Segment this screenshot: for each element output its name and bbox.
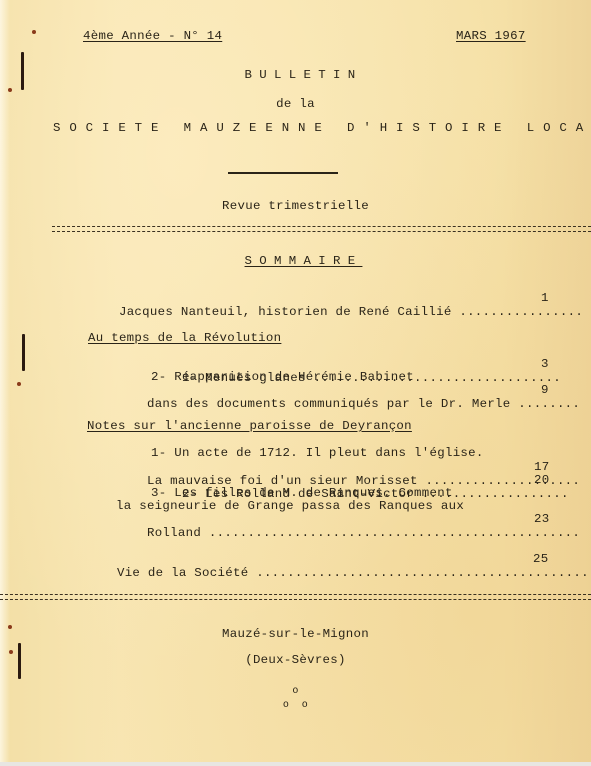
toc-entry-title: la seigneurie de Grange passa des Ranque… (116, 499, 464, 513)
footer-region: (Deux-Sèvres) (0, 653, 591, 667)
toc-entry-title: Rolland (147, 526, 201, 540)
rust-spot (32, 30, 36, 34)
toc-page-number: 17 (534, 460, 549, 474)
subtitle: Revue trimestrielle (0, 199, 591, 213)
toc-leader-dots: ........ (511, 397, 581, 411)
issue-number: 4ème Année - N° 14 (83, 29, 222, 43)
double-rule-top (52, 226, 591, 232)
title-rule (228, 172, 338, 174)
toc-entry-title: 3- Les filles de M. de Ranques. Comment (151, 486, 453, 500)
toc-entry: Jacques Nanteuil, historien de René Cail… (88, 291, 583, 333)
staple-middle (22, 334, 25, 371)
toc-entry-title: Jacques Nanteuil, historien de René Cail… (119, 305, 452, 319)
toc-page-number: 1 (541, 291, 549, 305)
toc-leader-dots: ................ (452, 305, 584, 319)
sommaire-heading: SOMMAIRE (0, 254, 591, 268)
toc-page-number: 23 (534, 512, 549, 526)
rust-spot (17, 382, 21, 386)
toc-page-number: 3 (541, 357, 549, 371)
toc-leader-dots: ........................................… (201, 526, 580, 540)
double-rule-bottom (0, 594, 591, 600)
toc-leader-dots: ........................................… (248, 566, 588, 580)
title-bulletin: BULLETIN (0, 68, 591, 82)
issue-date: MARS 1967 (456, 29, 526, 43)
toc-section-heading: Au temps de la Révolution (88, 331, 281, 345)
toc-page-number: 25 (533, 552, 548, 566)
ornament-bottom: o o (0, 700, 591, 711)
bulletin-cover-page: 4ème Année - N° 14 MARS 1967 BULLETIN de… (0, 0, 591, 766)
toc-section-heading: Notes sur l'ancienne paroisse de Deyranç… (87, 419, 412, 433)
toc-entry-title: dans des documents communiqués par le Dr… (147, 397, 511, 411)
toc-page-number: 9 (541, 383, 549, 397)
toc-entry-title: 1- Un acte de 1712. Il pleut dans l'égli… (151, 446, 484, 460)
footer-place: Mauzé-sur-le-Mignon (0, 627, 591, 641)
title-society: SOCIETE MAUZEENNE D'HISTOIRE LOCALE (53, 121, 591, 135)
toc-entry: Rolland ................................… (116, 512, 580, 554)
toc-entry-title: 2- Réapparition de Hérémie Babinet (151, 370, 414, 384)
rust-spot (8, 88, 12, 92)
ornament-top: o (0, 686, 591, 697)
title-de-la: de la (0, 97, 591, 111)
toc-page-number: 20 (534, 473, 549, 487)
toc-entry-title: Vie de la Société (117, 566, 249, 580)
toc-entry: Vie de la Société ......................… (86, 552, 589, 594)
scan-bottom-edge (0, 762, 591, 766)
